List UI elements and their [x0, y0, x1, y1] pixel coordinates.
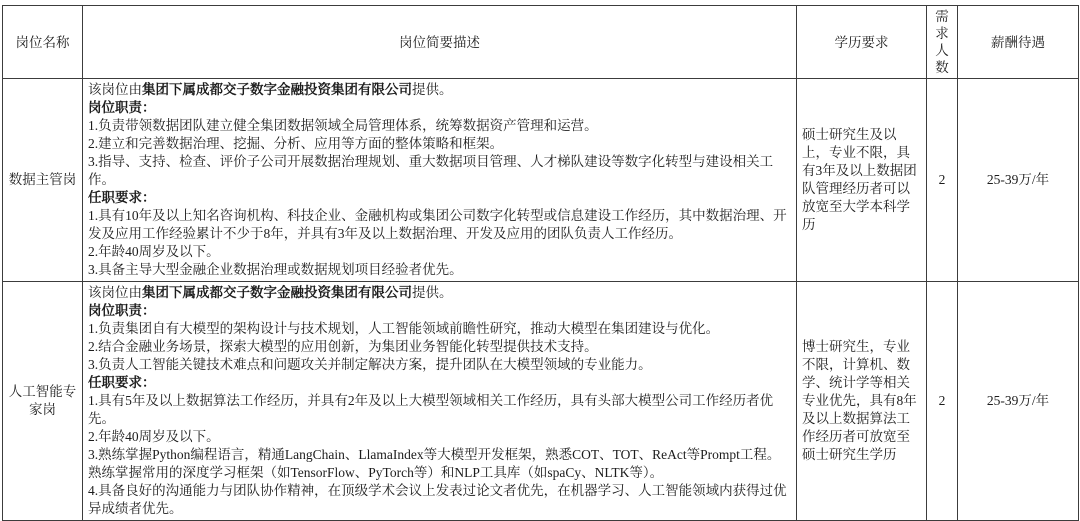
- description-cell: 该岗位由集团下属成都交子数字金融投资集团有限公司提供。 岗位职责： 1.负责集团…: [83, 282, 797, 444]
- education-cell: 博士研究生，专业不限，计算机、数学、统计学等相关专业优先，具有8年及以上数据算法…: [797, 282, 927, 444]
- header-headcount: 需求人数: [927, 6, 958, 79]
- intro-prefix: 该岗位由: [88, 285, 142, 300]
- requirement-item: 1.具有5年及以上数据算法工作经历，并具有2年及以上大模型领域相关工作经历，具有…: [88, 392, 790, 428]
- salary-cell: 25-39万/年: [958, 79, 1079, 282]
- education-cell: 硕士研究生及以上，专业不限，具有3年及以上数据团队管理经历者可以放宽至大学本科学…: [797, 79, 927, 282]
- requirements-heading: 任职要求：: [88, 189, 790, 207]
- job-positions-table: 岗位名称 岗位简要描述 学历要求 需求人数 薪酬待遇 数据主管岗 该岗位由集团下…: [2, 5, 1079, 443]
- duty-item: 2.建立和完善数据治理、挖掘、分析、应用等方面的整体策略和框架。: [88, 135, 790, 153]
- headcount-cell: 2: [927, 79, 958, 282]
- duties-heading: 岗位职责：: [88, 99, 790, 117]
- duty-item: 3.负责人工智能关键技术难点和问题攻关并制定解决方案，提升团队在大模型领域的专业…: [88, 356, 790, 374]
- duty-item: 3.指导、支持、检查、评价子公司开展数据治理规划、重大数据项目管理、人才梯队建设…: [88, 153, 790, 189]
- headcount-cell: 2: [927, 282, 958, 444]
- company-name: 集团下属成都交子数字金融投资集团有限公司: [142, 82, 412, 97]
- header-education: 学历要求: [797, 6, 927, 79]
- table-row-ai-expert: 人工智能专家岗 该岗位由集团下属成都交子数字金融投资集团有限公司提供。 岗位职责…: [3, 282, 1079, 444]
- table-row-data-supervisor: 数据主管岗 该岗位由集团下属成都交子数字金融投资集团有限公司提供。 岗位职责： …: [3, 79, 1079, 282]
- requirement-item: 1.具有10年及以上知名咨询机构、科技企业、金融机构或集团公司数字化转型或信息建…: [88, 207, 790, 243]
- requirements-heading: 任职要求：: [88, 374, 790, 392]
- position-name-cell: 人工智能专家岗: [3, 282, 83, 444]
- duty-item: 1.负责带领数据团队建立健全集团数据领域全局管理体系，统筹数据资产管理和运营。: [88, 117, 790, 135]
- provider-line: 该岗位由集团下属成都交子数字金融投资集团有限公司提供。: [88, 81, 790, 99]
- requirement-item: 2.年龄40周岁及以下。: [88, 243, 790, 261]
- requirement-item: 3.具备主导大型金融企业数据治理或数据规划项目经验者优先。: [88, 261, 790, 279]
- header-row: 岗位名称 岗位简要描述 学历要求 需求人数 薪酬待遇: [3, 6, 1079, 79]
- salary-cell: 25-39万/年: [958, 282, 1079, 444]
- requirement-item: 2.年龄40周岁及以下。: [88, 428, 790, 443]
- position-name-cell: 数据主管岗: [3, 79, 83, 282]
- description-cell: 该岗位由集团下属成都交子数字金融投资集团有限公司提供。 岗位职责： 1.负责带领…: [83, 79, 797, 282]
- header-salary: 薪酬待遇: [958, 6, 1079, 79]
- duty-item: 1.负责集团自有大模型的架构设计与技术规划，人工智能领域前瞻性研究，推动大模型在…: [88, 320, 790, 338]
- duty-item: 2.结合金融业务场景，探索大模型的应用创新，为集团业务智能化转型提供技术支持。: [88, 338, 790, 356]
- duties-heading: 岗位职责：: [88, 302, 790, 320]
- intro-suffix: 提供。: [412, 82, 453, 97]
- company-name: 集团下属成都交子数字金融投资集团有限公司: [142, 285, 412, 300]
- header-description: 岗位简要描述: [83, 6, 797, 79]
- provider-line: 该岗位由集团下属成都交子数字金融投资集团有限公司提供。: [88, 284, 790, 302]
- intro-prefix: 该岗位由: [88, 82, 142, 97]
- job-table-page: 岗位名称 岗位简要描述 学历要求 需求人数 薪酬待遇 数据主管岗 该岗位由集团下…: [2, 5, 1078, 443]
- header-position-name: 岗位名称: [3, 6, 83, 79]
- intro-suffix: 提供。: [412, 285, 453, 300]
